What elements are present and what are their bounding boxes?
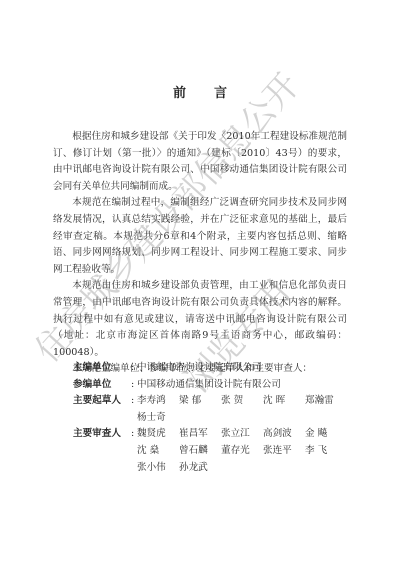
page-title: 前言 [0, 82, 400, 101]
chief-unit-value: 中讯邮电咨询设计院有限公司 [137, 360, 262, 377]
drafter-name: 梁 郁 [179, 393, 221, 410]
reviewer-name: 孙龙武 [179, 460, 221, 477]
drafter-name: 沈 晖 [263, 393, 305, 410]
document-page: 前言 根据住房和城乡建设部《关于印发〈2010年工程建设标准规范制订、修订计划（… [0, 0, 400, 579]
credits-block: 主编单位 : 中讯邮电咨询设计院有限公司 参编单位 : 中国移动通信集团设计院有… [73, 360, 353, 476]
drafters-label: 主要起草人 [73, 393, 131, 426]
reviewer-name: 金 飚 [305, 426, 337, 443]
reviewer-name: 李 飞 [305, 443, 337, 460]
reviewers-label: 主要审查人 [73, 426, 131, 476]
participating-unit-label: 参编单位 [73, 377, 131, 394]
paragraph-3: 本规范由住房和城乡建设部负责管理，由工业和信息化部负责日常管理，由中讯邮电咨询设… [53, 278, 347, 361]
preface-body: 根据住房和城乡建设部《关于印发〈2010年工程建设标准规范制订、修订计划（第一批… [53, 129, 347, 378]
paragraph-2: 本规范在编制过程中，编制组经广泛调查研究同步技术及同步网络发展情况，认真总结实践… [53, 195, 347, 278]
drafter-name: 郑瀚雷 [305, 393, 337, 410]
drafter-name: 张 贺 [221, 393, 263, 410]
drafters-row: 主要起草人 : 李寿鸿 梁 郁 张 贺 沈 晖 郑瀚雷 杨士奇 [73, 393, 353, 426]
drafters-names: 李寿鸿 梁 郁 张 贺 沈 晖 郑瀚雷 杨士奇 [137, 393, 337, 426]
drafter-name: 李寿鸿 [137, 393, 179, 410]
reviewer-name: 张小伟 [137, 460, 179, 477]
reviewers-names: 魏贤虎 崔昌军 张立江 高剑波 金 飚 沈 燊 曾石麟 董存光 张连平 李 飞 … [137, 426, 337, 476]
reviewer-name: 张连平 [263, 443, 305, 460]
chief-unit-label: 主编单位 [73, 360, 131, 377]
chief-unit-row: 主编单位 : 中讯邮电咨询设计院有限公司 [73, 360, 353, 377]
drafter-name: 杨士奇 [137, 410, 179, 427]
paragraph-1: 根据住房和城乡建设部《关于印发〈2010年工程建设标准规范制订、修订计划（第一批… [53, 129, 347, 195]
reviewer-name: 董存光 [221, 443, 263, 460]
reviewer-name: 崔昌军 [179, 426, 221, 443]
participating-unit-row: 参编单位 : 中国移动通信集团设计院有限公司 [73, 377, 353, 394]
reviewer-name: 张立江 [221, 426, 263, 443]
reviewer-name: 魏贤虎 [137, 426, 179, 443]
reviewer-name: 曾石麟 [179, 443, 221, 460]
participating-unit-value: 中国移动通信集团设计院有限公司 [137, 377, 281, 394]
reviewer-name: 高剑波 [263, 426, 305, 443]
reviewer-name: 沈 燊 [137, 443, 179, 460]
reviewers-row: 主要审查人 : 魏贤虎 崔昌军 张立江 高剑波 金 飚 沈 燊 曾石麟 董存光 … [73, 426, 353, 476]
